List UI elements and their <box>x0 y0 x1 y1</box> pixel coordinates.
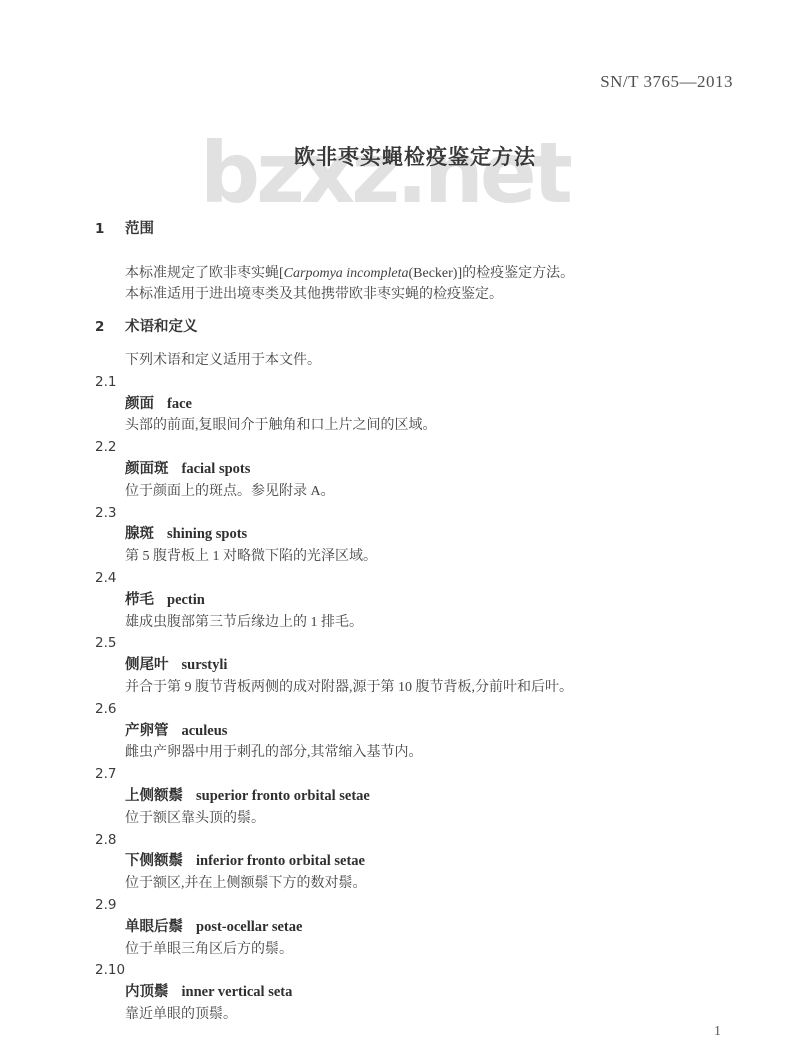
term-block-2-9: 2.9 单眼后鬃post-ocellar setae 位于单眼三角区后方的鬃。 <box>95 895 743 960</box>
term-name: 栉毛pectin <box>95 590 743 612</box>
term-definition: 位于单眼三角区后方的鬃。 <box>95 939 743 961</box>
section-1-number: 1 <box>95 219 125 241</box>
term-number: 2.8 <box>95 830 743 852</box>
term-block-2-5: 2.5 侧尾叶surstyli 并合于第 9 腹节背板两侧的成对附器,源于第 1… <box>95 633 743 698</box>
term-name: 上侧额鬃superior fronto orbital setae <box>95 786 743 808</box>
document-page: bzxz.net SN/T 3765—2013 欧非枣实蝇检疫鉴定方法 1范围 … <box>0 0 800 1047</box>
term-name-en: post-ocellar setae <box>196 919 302 935</box>
term-name-en: inferior fronto orbital setae <box>196 853 365 869</box>
section-2-title: 术语和定义 <box>125 319 198 335</box>
term-definition: 头部的前面,复眼间介于触角和口上片之间的区域。 <box>95 415 743 437</box>
term-name: 颜面face <box>95 394 743 416</box>
term-number: 2.4 <box>95 568 743 590</box>
scientific-name: Carpomya incompleta <box>284 266 409 281</box>
term-block-2-6: 2.6 产卵管aculeus 雌虫产卵器中用于刺孔的部分,其常缩入基节内。 <box>95 699 743 764</box>
term-definition: 雄成虫腹部第三节后缘边上的 1 排毛。 <box>95 612 743 634</box>
term-name-en: surstyli <box>182 657 228 673</box>
term-definition: 位于额区靠头顶的鬃。 <box>95 808 743 830</box>
term-name-en: superior fronto orbital setae <box>196 788 370 804</box>
term-number: 2.2 <box>95 437 743 459</box>
section-2-heading: 2术语和定义 <box>95 317 743 339</box>
term-block-2-3: 2.3 腺斑shining spots 第 5 腹背板上 1 对略微下陷的光泽区… <box>95 503 743 568</box>
term-name-en: shining spots <box>167 526 247 542</box>
term-number: 2.9 <box>95 895 743 917</box>
term-name-zh: 下侧额鬃 <box>125 853 183 869</box>
standard-code: SN/T 3765—2013 <box>600 72 733 92</box>
term-name-en: facial spots <box>182 461 251 477</box>
term-name-zh: 产卵管 <box>125 723 169 739</box>
section-2-number: 2 <box>95 317 125 339</box>
scope-paragraph-1: 本标准规定了欧非枣实蝇[Carpomya incompleta(Becker)]… <box>95 263 743 285</box>
term-definition: 位于颜面上的斑点。参见附录 A。 <box>95 481 743 503</box>
term-name: 产卵管aculeus <box>95 721 743 743</box>
term-name: 侧尾叶surstyli <box>95 655 743 677</box>
term-number: 2.1 <box>95 372 743 394</box>
term-block-2-2: 2.2 颜面斑facial spots 位于颜面上的斑点。参见附录 A。 <box>95 437 743 502</box>
term-definition: 第 5 腹背板上 1 对略微下陷的光泽区域。 <box>95 546 743 568</box>
term-name-en: face <box>167 396 192 412</box>
term-definition: 位于额区,并在上侧额鬃下方的数对鬃。 <box>95 873 743 895</box>
term-name: 内顶鬃inner vertical seta <box>95 982 743 1004</box>
document-title: 欧非枣实蝇检疫鉴定方法 <box>95 141 735 171</box>
term-number: 2.3 <box>95 503 743 525</box>
term-name: 腺斑shining spots <box>95 524 743 546</box>
term-definition: 靠近单眼的顶鬃。 <box>95 1004 743 1026</box>
term-name-zh: 腺斑 <box>125 526 154 542</box>
section-1-title: 范围 <box>125 221 154 237</box>
term-name-zh: 内顶鬃 <box>125 984 169 1000</box>
term-name: 下侧额鬃inferior fronto orbital setae <box>95 851 743 873</box>
term-block-2-10: 2.10 内顶鬃inner vertical seta 靠近单眼的顶鬃。 <box>95 960 743 1025</box>
term-name-en: inner vertical seta <box>182 984 293 1000</box>
document-body: 1范围 本标准规定了欧非枣实蝇[Carpomya incompleta(Beck… <box>95 219 743 1026</box>
term-name-zh: 侧尾叶 <box>125 657 169 673</box>
term-name-zh: 上侧额鬃 <box>125 788 183 804</box>
scope-paragraph-1-suffix: (Becker)]的检疫鉴定方法。 <box>409 266 575 281</box>
page-number: 1 <box>714 1024 721 1040</box>
term-block-2-7: 2.7 上侧额鬃superior fronto orbital setae 位于… <box>95 764 743 829</box>
term-name-zh: 单眼后鬃 <box>125 919 183 935</box>
term-name: 单眼后鬃post-ocellar setae <box>95 917 743 939</box>
term-name-zh: 颜面斑 <box>125 461 169 477</box>
section-1-heading: 1范围 <box>95 219 743 241</box>
term-definition: 雌虫产卵器中用于刺孔的部分,其常缩入基节内。 <box>95 742 743 764</box>
term-name-en: pectin <box>167 592 205 608</box>
terms-intro: 下列术语和定义适用于本文件。 <box>95 350 743 372</box>
term-number: 2.6 <box>95 699 743 721</box>
term-name-zh: 颜面 <box>125 396 154 412</box>
term-block-2-4: 2.4 栉毛pectin 雄成虫腹部第三节后缘边上的 1 排毛。 <box>95 568 743 633</box>
term-name-en: aculeus <box>182 723 228 739</box>
term-number: 2.7 <box>95 764 743 786</box>
term-block-2-8: 2.8 下侧额鬃inferior fronto orbital setae 位于… <box>95 830 743 895</box>
term-number: 2.10 <box>95 960 743 982</box>
term-definition: 并合于第 9 腹节背板两侧的成对附器,源于第 10 腹节背板,分前叶和后叶。 <box>95 677 743 699</box>
term-block-2-1: 2.1 颜面face 头部的前面,复眼间介于触角和口上片之间的区域。 <box>95 372 743 437</box>
term-number: 2.5 <box>95 633 743 655</box>
term-name: 颜面斑facial spots <box>95 459 743 481</box>
scope-paragraph-1-prefix: 本标准规定了欧非枣实蝇[ <box>125 266 284 281</box>
scope-paragraph-2: 本标准适用于进出境枣类及其他携带欧非枣实蝇的检疫鉴定。 <box>95 284 743 306</box>
term-name-zh: 栉毛 <box>125 592 154 608</box>
